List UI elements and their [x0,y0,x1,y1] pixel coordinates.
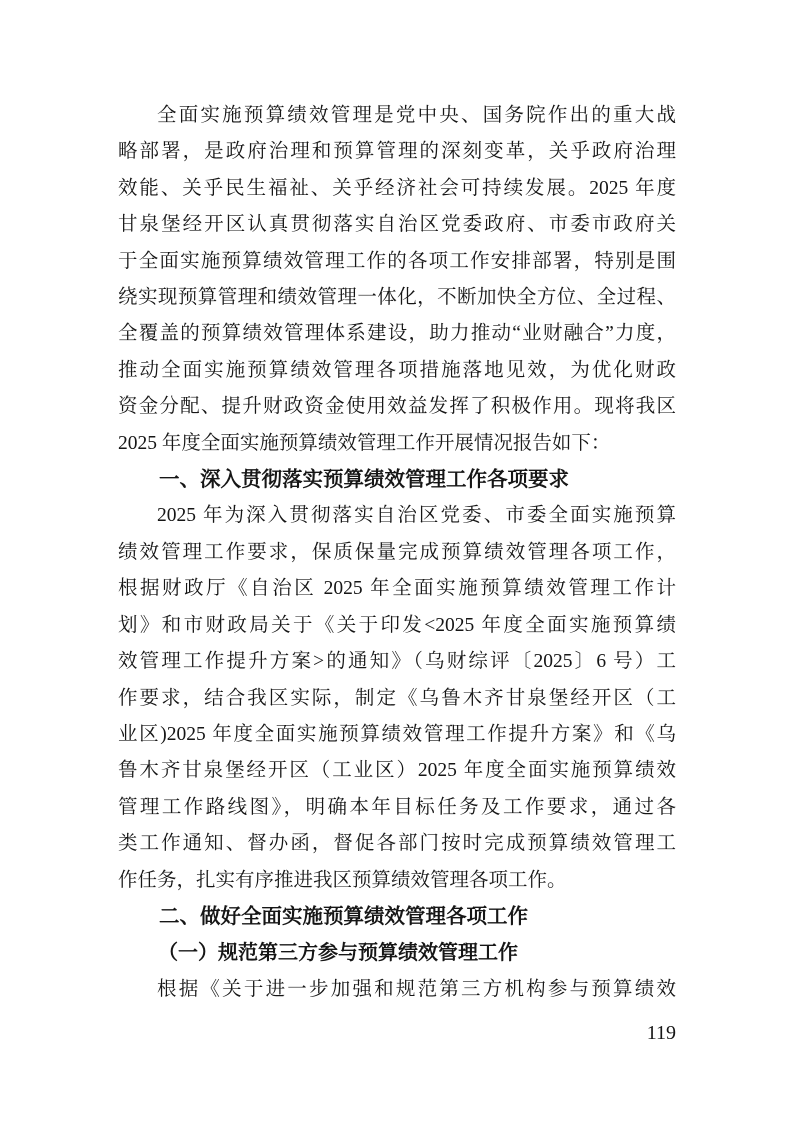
text-line: 绕实现预算管理和绩效管理一体化，不断加快全方位、全过程、 [118,280,676,316]
text-line: 类工作通知、督办函，督促各部门按时完成预算绩效管理工 [118,826,676,862]
text-line: 于全面实施预算绩效管理工作的各项工作安排部署，特别是围 [118,244,676,280]
text-line: 鲁木齐甘泉堡经开区（工业区）2025 年度全面实施预算绩效 [118,753,676,789]
text-line: 全面实施预算绩效管理是党中央、国务院作出的重大战 [118,98,676,134]
paragraph-section1: 2025 年为深入贯彻落实自治区党委、市委全面实施预算 绩效管理工作要求，保质保… [118,498,676,898]
text-line: 根据财政厅《自治区 2025 年全面实施预算绩效管理工作计 [118,571,676,607]
text-line: 2025 年为深入贯彻落实自治区党委、市委全面实施预算 [118,498,676,534]
text-line: 资金分配、提升财政资金使用效益发挥了积极作用。现将我区 [118,389,676,425]
text-line: 管理工作路线图》，明确本年目标任务及工作要求，通过各 [118,790,676,826]
document-page: 全面实施预算绩效管理是党中央、国务院作出的重大战 略部署，是政府治理和预算管理的… [0,0,793,1122]
subsection-heading-1: （一）规范第三方参与预算绩效管理工作 [118,935,676,971]
section-heading-2: 二、做好全面实施预算绩效管理各项工作 [118,899,676,935]
text-line: 划》和市财政局关于《关于印发<2025 年度全面实施预算绩 [118,608,676,644]
section-heading-1: 一、深入贯彻落实预算绩效管理工作各项要求 [118,462,676,498]
paragraph-intro: 全面实施预算绩效管理是党中央、国务院作出的重大战 略部署，是政府治理和预算管理的… [118,98,676,462]
text-line: 业区)2025 年度全面实施预算绩效管理工作提升方案》和《乌 [118,717,676,753]
text-line: 略部署，是政府治理和预算管理的深刻变革，关乎政府治理 [118,134,676,170]
text-line: 效能、关乎民生福祉、关乎经济社会可持续发展。2025 年度 [118,171,676,207]
text-line: 绩效管理工作要求，保质保量完成预算绩效管理各项工作， [118,535,676,571]
page-number: 119 [647,1020,676,1046]
text-line: 效管理工作提升方案>的通知》（乌财综评〔2025〕6 号）工 [118,644,676,680]
text-line: 作要求，结合我区实际，制定《乌鲁木齐甘泉堡经开区（工 [118,681,676,717]
text-line: 作任务，扎实有序推进我区预算绩效管理各项工作。 [118,863,676,899]
document-content: 全面实施预算绩效管理是党中央、国务院作出的重大战 略部署，是政府治理和预算管理的… [118,98,676,1008]
text-line: 全覆盖的预算绩效管理体系建设，助力推动“业财融合”力度， [118,316,676,352]
text-line: 2025 年度全面实施预算绩效管理工作开展情况报告如下： [118,426,676,462]
text-line: 推动全面实施预算绩效管理各项措施落地见效，为优化财政 [118,353,676,389]
text-line: 甘泉堡经开区认真贯彻落实自治区党委政府、市委市政府关 [118,207,676,243]
paragraph-section2-intro: 根据《关于进一步加强和规范第三方机构参与预算绩效 [118,972,676,1008]
text-line: 根据《关于进一步加强和规范第三方机构参与预算绩效 [118,972,676,1008]
